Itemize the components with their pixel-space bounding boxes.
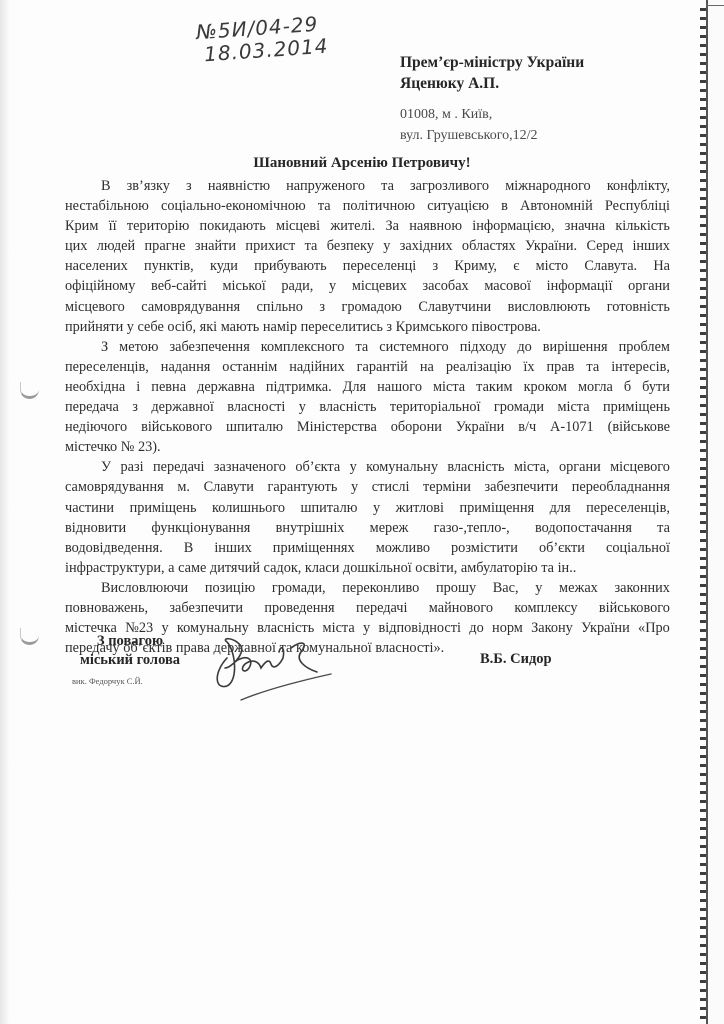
body-line: водовідведення.Віншихприміщенняхможливор… xyxy=(65,538,670,558)
binding-tick xyxy=(700,557,706,560)
closing-position: міський голова xyxy=(65,651,195,670)
body-line: Уразіпередачізазначеногооб’єктаукомуналь… xyxy=(65,457,670,477)
address-city: 01008, м . Київ, xyxy=(400,104,538,125)
binding-tick xyxy=(700,44,706,47)
addressee-block: Прем’єр-міністру України Яценюку А.П. xyxy=(400,52,584,94)
binding-tick xyxy=(700,638,706,641)
body-line: відновитифункціонуваннявнутрішніхмережга… xyxy=(65,518,670,538)
body-line: частиниприміщеньколишньогошпиталюужитлов… xyxy=(65,498,670,518)
binding-tick xyxy=(700,206,706,209)
binding-tick xyxy=(700,260,706,263)
binding-tick xyxy=(700,773,706,776)
binding-tick xyxy=(700,269,706,272)
body-line: Кримїїтериторіюпокидаютьмісцевіжителі.За… xyxy=(65,216,670,236)
binding-tick xyxy=(700,53,706,56)
binding-tick xyxy=(700,350,706,353)
binding-tick xyxy=(700,341,706,344)
binding-tick xyxy=(700,476,706,479)
binding-tick xyxy=(700,134,706,137)
body-line: Взв’язкузнаявністюнапруженоготазагрозлив… xyxy=(65,176,670,196)
binding-tick xyxy=(700,755,706,758)
binding-tick xyxy=(700,251,706,254)
binding-tick xyxy=(700,611,706,614)
binding-tick xyxy=(700,881,706,884)
binding-tick xyxy=(700,701,706,704)
binding-strip xyxy=(708,0,724,1024)
binding-tick xyxy=(700,89,706,92)
binding-tick xyxy=(700,728,706,731)
binding-tick xyxy=(700,890,706,893)
binding-tick xyxy=(700,305,706,308)
binding-tick xyxy=(700,530,706,533)
binding-tick xyxy=(700,872,706,875)
punch-hole-icon xyxy=(20,628,39,645)
binding-tick xyxy=(700,143,706,146)
binding-tick xyxy=(700,386,706,389)
binding-tick xyxy=(700,593,706,596)
binding-tick xyxy=(700,845,706,848)
binding-tick xyxy=(700,656,706,659)
salutation: Шановний Арсенію Петровичу! xyxy=(0,155,724,172)
binding-tick xyxy=(700,746,706,749)
body-line: населенихпунктів,кудиприбуваютьпереселен… xyxy=(65,256,670,276)
binding-tick xyxy=(700,512,706,515)
handwritten-signature-icon xyxy=(205,628,335,708)
punch-hole-icon xyxy=(20,382,39,399)
binding-tick xyxy=(700,314,706,317)
binding-tick xyxy=(700,62,706,65)
binding-tick xyxy=(700,737,706,740)
binding-tick xyxy=(700,458,706,461)
binding-tick xyxy=(700,116,706,119)
binding-tick xyxy=(700,188,706,191)
binding-tick xyxy=(700,566,706,569)
binding-tick xyxy=(700,431,706,434)
binding-tick xyxy=(700,287,706,290)
binding-tick xyxy=(700,494,706,497)
body-line: нестабільноюсоціально-економічноютаполіт… xyxy=(65,196,670,216)
binding-top-rule xyxy=(706,5,724,6)
addressee-title: Прем’єр-міністру України xyxy=(400,52,584,73)
body-line: місцевогосамоврядуванняспільнозгромадоюС… xyxy=(65,297,670,317)
binding-tick xyxy=(700,1007,706,1010)
binding-tick xyxy=(700,944,706,947)
executor-note: вик. Федорчук С.Й. xyxy=(72,676,143,686)
binding-tick xyxy=(700,8,706,11)
binding-tick xyxy=(700,602,706,605)
binding-tick xyxy=(700,179,706,182)
body-line: офіційномувеб-сайтіміськоїради,умісцевих… xyxy=(65,276,670,296)
body-line: цихлюдейпрагнезнайтиприхисттабезпекуузах… xyxy=(65,236,670,256)
binding-tick xyxy=(700,935,706,938)
binding-tick xyxy=(700,296,706,299)
binding-tick xyxy=(700,791,706,794)
binding-tick xyxy=(700,413,706,416)
binding-tick xyxy=(700,800,706,803)
body-line: містечко № 23). xyxy=(65,437,670,457)
binding-tick xyxy=(700,863,706,866)
address-street: вул. Грушевського,12/2 xyxy=(400,125,538,146)
binding-tick xyxy=(700,377,706,380)
page-edge-shadow xyxy=(0,0,10,1024)
binding-tick xyxy=(700,215,706,218)
binding-edge xyxy=(706,0,708,1024)
binding-tick xyxy=(700,233,706,236)
binding-tick xyxy=(700,683,706,686)
binding-tick xyxy=(700,503,706,506)
body-line: Зметоюзабезпеченнякомплексноготасистемно… xyxy=(65,337,670,357)
binding-tick xyxy=(700,854,706,857)
binding-tick xyxy=(700,242,706,245)
binding-tick xyxy=(700,1016,706,1019)
binding-tick xyxy=(700,440,706,443)
binding-tick xyxy=(700,197,706,200)
binding-tick xyxy=(700,359,706,362)
binding-tick xyxy=(700,782,706,785)
binding-tick xyxy=(700,395,706,398)
binding-tick xyxy=(700,521,706,524)
binding-tick xyxy=(700,989,706,992)
binding-tick xyxy=(700,953,706,956)
body-line: самоврядуванням.Славутигарантуютьустислі… xyxy=(65,477,670,497)
binding-tick xyxy=(700,674,706,677)
binding-tick xyxy=(700,926,706,929)
body-line: повноважень,забезпечитипроведенняпередач… xyxy=(65,598,670,618)
binding-tick xyxy=(700,809,706,812)
binding-tick xyxy=(700,719,706,722)
body-line: необхіднаіпевнадержавнапідтримка.Длянашо… xyxy=(65,377,670,397)
binding-tick xyxy=(700,539,706,542)
binding-tick xyxy=(700,692,706,695)
binding-tick xyxy=(700,908,706,911)
binding-tick xyxy=(700,422,706,425)
binding-tick xyxy=(700,818,706,821)
binding-tick xyxy=(700,368,706,371)
binding-tick xyxy=(700,80,706,83)
binding-tick xyxy=(700,998,706,1001)
binding-tick xyxy=(700,665,706,668)
binding-tick xyxy=(700,962,706,965)
binding-tick xyxy=(700,278,706,281)
body-line: Висловлюючипозиціюгромади,переконливопро… xyxy=(65,578,670,598)
addressee-address: 01008, м . Київ, вул. Грушевського,12/2 xyxy=(400,104,538,146)
binding-tick xyxy=(700,710,706,713)
binding-tick xyxy=(700,827,706,830)
body-line: недіючоговійськовогошпиталюМіністерствао… xyxy=(65,417,670,437)
addressee-name: Яценюку А.П. xyxy=(400,73,584,94)
binding-tick xyxy=(700,548,706,551)
binding-tick xyxy=(700,35,706,38)
closing-block: З повагою міський голова xyxy=(65,632,195,670)
binding-tick xyxy=(700,17,706,20)
binding-tick xyxy=(700,836,706,839)
body-line: інфраструктури, а саме дитячий садок, кл… xyxy=(65,558,670,578)
closing-regards: З повагою xyxy=(65,632,195,651)
binding-tick xyxy=(700,26,706,29)
binding-tick xyxy=(700,404,706,407)
binding-tick xyxy=(700,620,706,623)
letter-body: Взв’язкузнаявністюнапруженоготазагрозлив… xyxy=(65,176,670,658)
binding-tick xyxy=(700,917,706,920)
binding-tick xyxy=(700,629,706,632)
binding-tick xyxy=(700,485,706,488)
binding-tick xyxy=(700,332,706,335)
binding-tick xyxy=(700,575,706,578)
binding-tick xyxy=(700,125,706,128)
binding-tick xyxy=(700,764,706,767)
binding-tick xyxy=(700,899,706,902)
binding-tick xyxy=(700,71,706,74)
binding-tick xyxy=(700,980,706,983)
scanned-page: №5И/04-29 18.03.2014 Прем’єр-міністру Ук… xyxy=(0,0,724,1024)
binding-tick xyxy=(700,647,706,650)
binding-tick xyxy=(700,98,706,101)
body-line: переселенців,наданняостаннімнадійнихгара… xyxy=(65,357,670,377)
binding-tick xyxy=(700,449,706,452)
binding-tick xyxy=(700,107,706,110)
signer-name: В.Б. Сидор xyxy=(480,651,552,668)
binding-tick xyxy=(700,971,706,974)
binding-tick xyxy=(700,224,706,227)
binding-tick xyxy=(700,584,706,587)
body-line: прийняти у себе осіб, які мають намір пе… xyxy=(65,317,670,337)
binding-tick xyxy=(700,323,706,326)
binding-tick xyxy=(700,467,706,470)
body-line: передачаздержавноївласностіувласністьтер… xyxy=(65,397,670,417)
